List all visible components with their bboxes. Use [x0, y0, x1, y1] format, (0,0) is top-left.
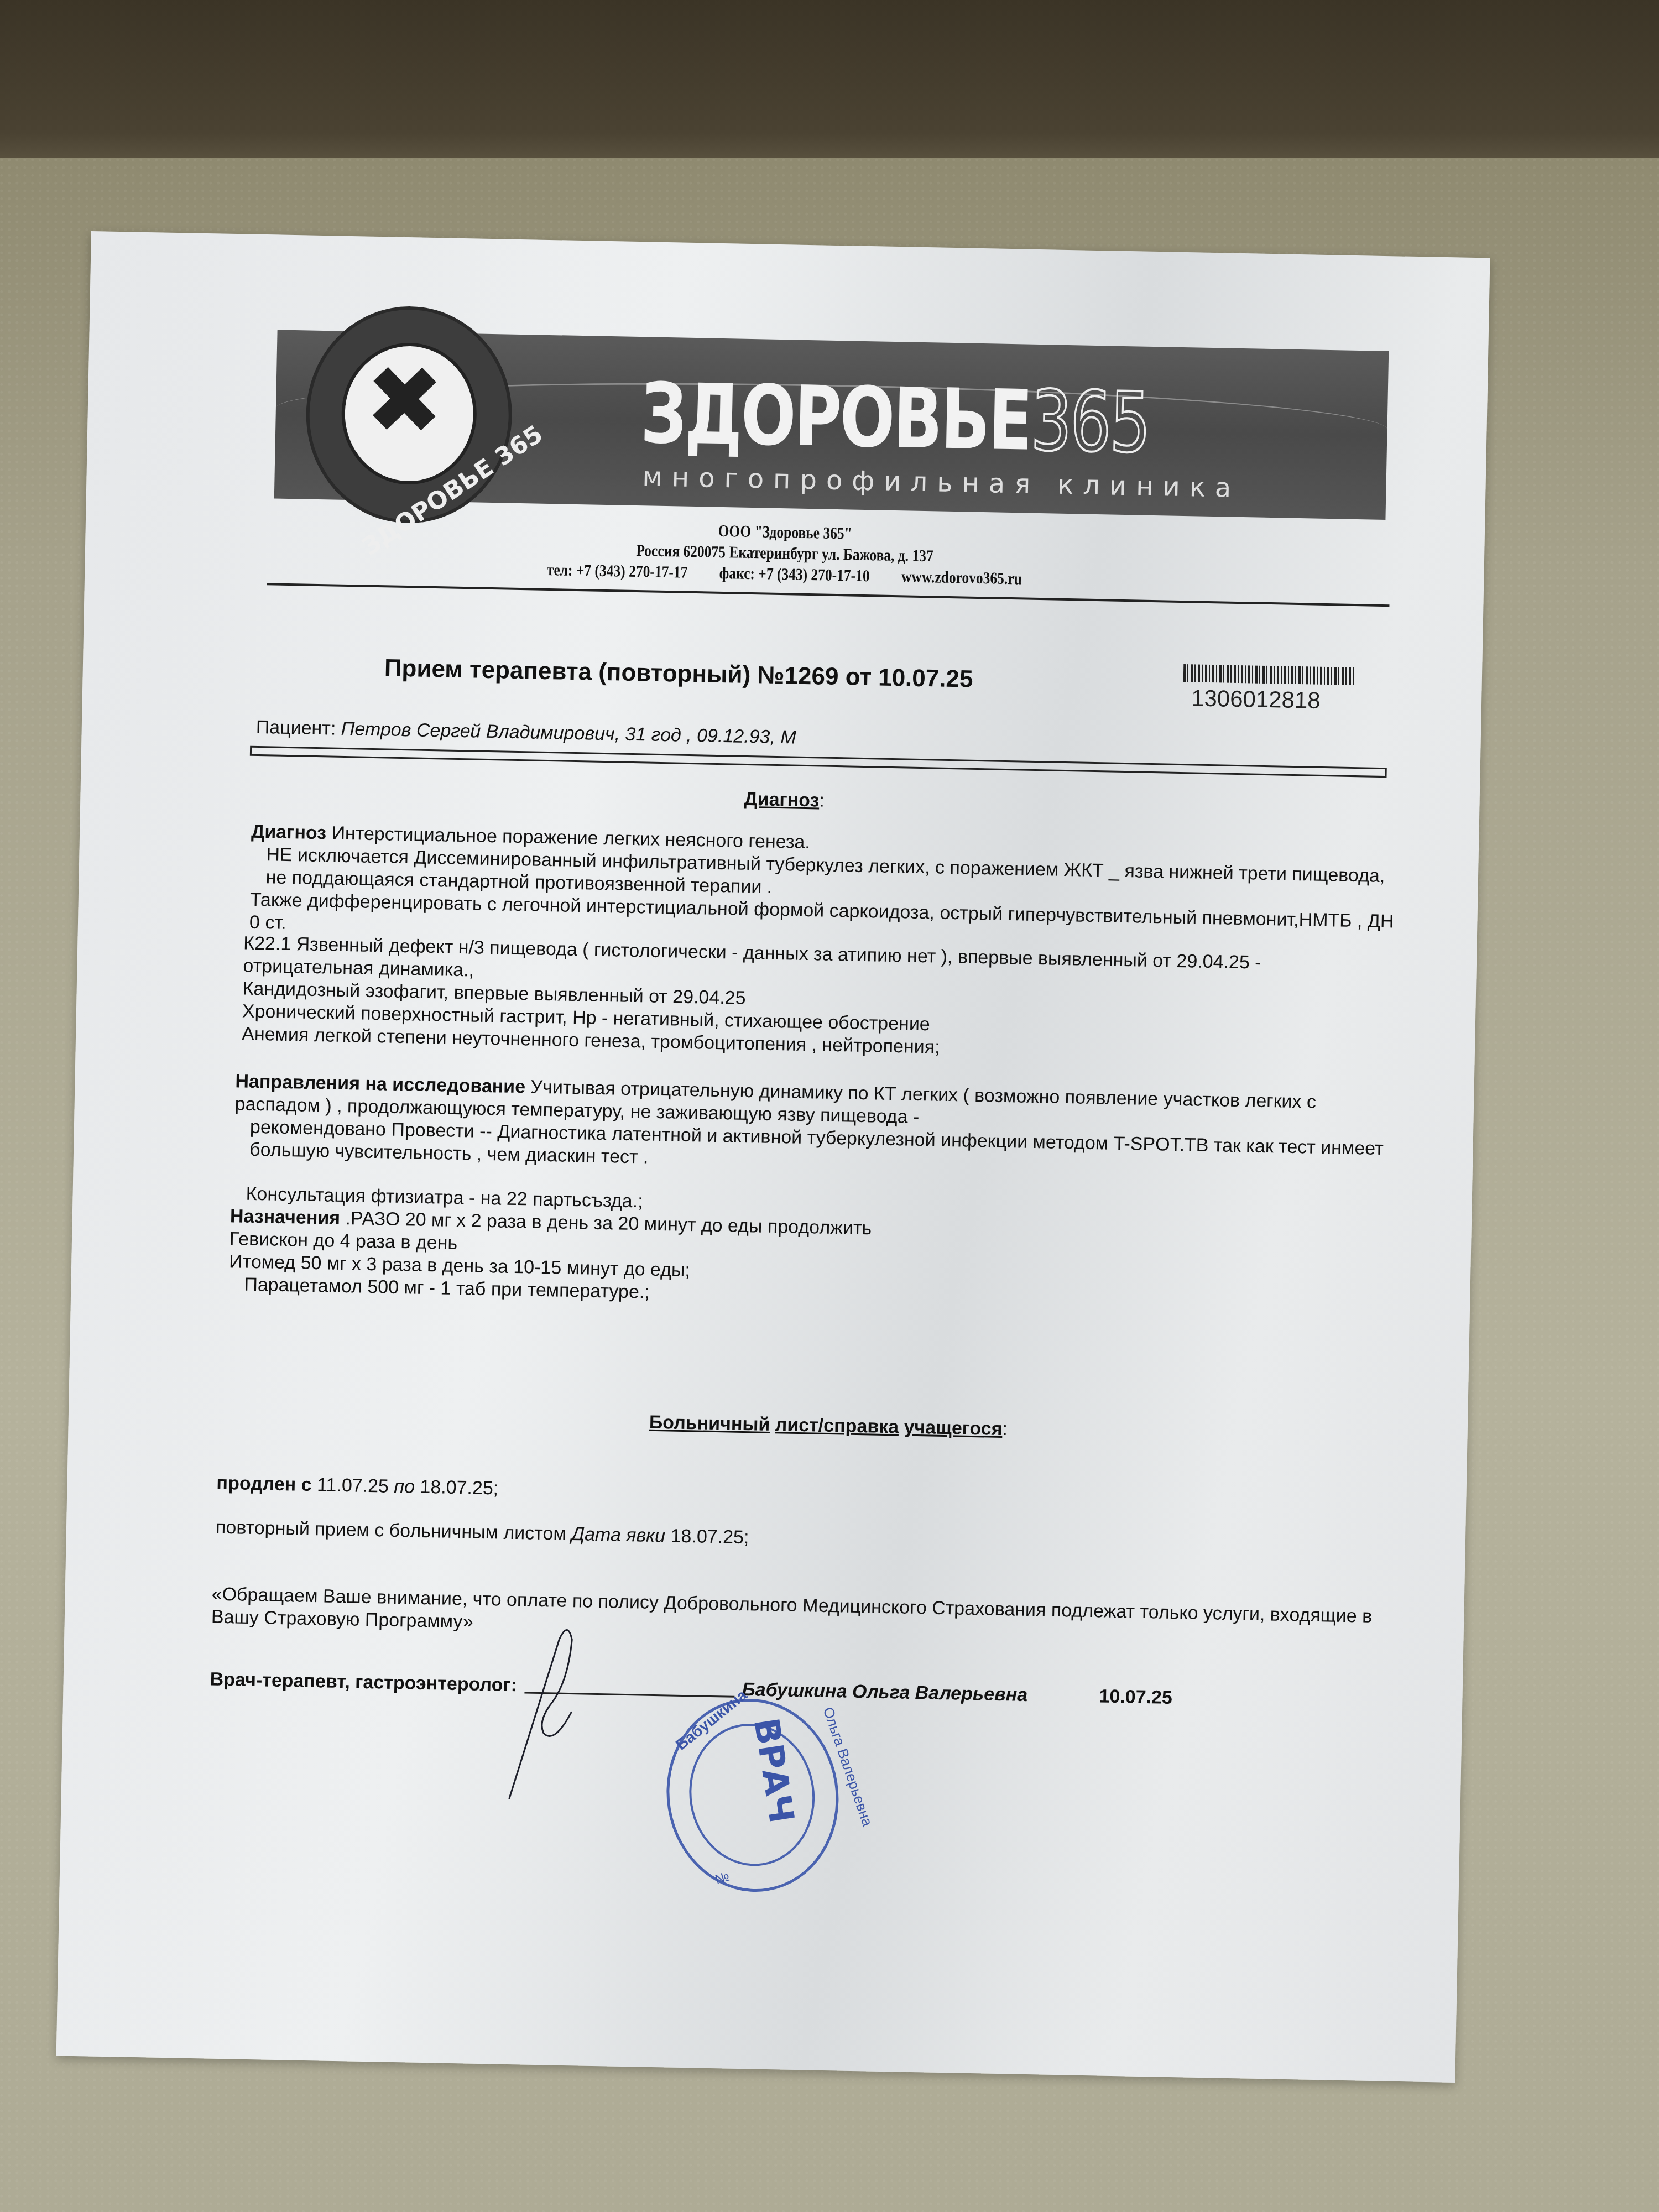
sick-leave-word: учащегося — [904, 1417, 1003, 1439]
company-website: www.zdorovo365.ru — [901, 567, 1022, 588]
repeat-visit-date-label: Дата явки — [571, 1524, 666, 1546]
barcode-icon — [1183, 664, 1355, 685]
company-phone: тел: +7 (343) 270-17-17 — [547, 561, 688, 582]
extension-from: 11.07.25 — [317, 1474, 389, 1496]
diagnosis-label: Диагноз — [251, 821, 327, 844]
brand-number: 365 — [1030, 373, 1150, 472]
signature-date: 10.07.25 — [1099, 1686, 1172, 1708]
stamp-ring-right: Ольга Валерьевна — [820, 1705, 876, 1829]
prescriptions-section: Консультация фтизиатра - на 22 партьсъзд… — [228, 1182, 1381, 1318]
emblem-inner: ✖ — [340, 342, 478, 486]
referrals-label: Направления на исследование — [235, 1071, 525, 1097]
referrals-section: Направления на исследование Учитывая отр… — [234, 1070, 1386, 1183]
people-figures-icon: ✖ — [364, 353, 445, 449]
sick-leave-extension: продлен с 11.07.25 по 18.07.25; — [216, 1473, 498, 1500]
document-title: Прием терапевта (повторный) №1269 от 10.… — [384, 654, 973, 693]
barcode-number: 1306012818 — [1191, 685, 1321, 713]
diagnosis-heading: Диагноз: — [744, 789, 825, 812]
stamp-ring-bottom: № — [713, 1869, 732, 1888]
company-fax: факс: +7 (343) 270-17-10 — [719, 564, 870, 585]
brand-subtitle: многопрофильная клиника — [642, 461, 1241, 504]
repeat-visit-text: повторный прием с больничным листом — [216, 1517, 566, 1545]
diagnosis-heading-suffix: : — [819, 790, 825, 811]
sick-leave-word: Больничный — [649, 1412, 770, 1435]
brand-name: ЗДОРОВЬЕ — [640, 366, 1032, 469]
repeat-visit: повторный прием с больничным листом Дата… — [216, 1517, 749, 1549]
repeat-visit-date: 18.07.25; — [670, 1526, 749, 1548]
diagnosis-heading-text: Диагноз — [744, 789, 820, 811]
sick-leave-heading: Больничный лист/справка учащегося: — [649, 1412, 1008, 1440]
patient-value: Петров Сергей Владимирович, 31 год , 09.… — [341, 718, 796, 748]
doctor-role-label: Врач-терапевт, гастроэнтеролог: — [210, 1669, 517, 1696]
sick-leave-suffix: : — [1002, 1418, 1008, 1439]
prescriptions-label: Назначения — [229, 1206, 340, 1229]
patient-divider — [250, 746, 1387, 778]
extension-label: продлен с — [216, 1473, 312, 1495]
handwritten-signature-icon — [504, 1616, 607, 1806]
doctor-name: Бабушкина Ольга Валерьевна — [742, 1679, 1027, 1705]
doctor-stamp: Бабушкина Ольга Валерьевна ВРАЧ № — [653, 1687, 852, 1905]
extension-to: 18.07.25; — [420, 1477, 499, 1499]
brand-title: ЗДОРОВЬЕ365 — [640, 366, 1150, 472]
sick-leave-word: лист/справка — [775, 1414, 899, 1437]
insurance-notice: «Обращаем Ваше внимание, что оплате по п… — [211, 1583, 1384, 1651]
signature-row: Врач-терапевт, гастроэнтеролог: Бабушкин… — [210, 1669, 1426, 1714]
medical-document: ЗДОРОВЬЕ365 многопрофильная клиника ✖ ЗД… — [56, 231, 1490, 2083]
extension-to-label: по — [394, 1476, 415, 1498]
diagnosis-codes: К22.1 Язвенный дефект н/3 пищевода ( гис… — [242, 932, 1394, 1068]
patient-line: Пациент: Петров Сергей Владимирович, 31 … — [255, 717, 796, 749]
patient-label: Пациент: — [255, 717, 336, 739]
